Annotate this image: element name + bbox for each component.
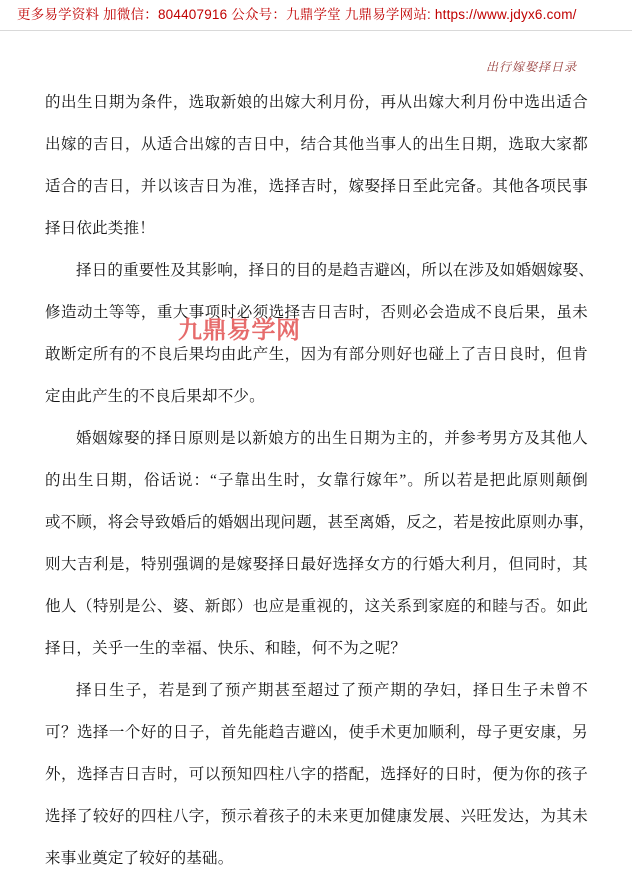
body-line: 外，选择吉日吉时，可以预知四柱八字的搭配，选择好的日时，便为你的孩子 <box>45 754 588 796</box>
document-page: 更多易学资料 加微信：804407916 公众号：九鼎学堂 九鼎易学网站: ht… <box>0 0 632 874</box>
body-line: 择日的重要性及其影响，择日的目的是趋吉避凶，所以在涉及如婚姻嫁娶、 <box>45 250 588 292</box>
body-line: 的出生日期，俗话说：“子靠出生时，女靠行嫁年”。所以若是把此原则颠倒 <box>45 460 588 502</box>
body-line: 或不顾，将会导致婚后的婚姻出现问题，甚至离婚，反之，若是按此原则办事， <box>45 502 588 544</box>
body-line: 出嫁的吉日，从适合出嫁的吉日中，结合其他当事人的出生日期，选取大家都 <box>45 124 588 166</box>
promo-header: 更多易学资料 加微信：804407916 公众号：九鼎学堂 九鼎易学网站: ht… <box>17 6 577 24</box>
body-line: 择日，关乎一生的幸福、快乐、和睦，何不为之呢？ <box>45 628 588 670</box>
body-line: 择日生子，若是到了预产期甚至超过了预产期的孕妇，择日生子未曾不 <box>45 670 588 712</box>
body-line: 敢断定所有的不良后果均由此产生，因为有部分则好也碰上了吉日良时，但肯 <box>45 334 588 376</box>
body-line: 择日依此类推！ <box>45 208 588 250</box>
running-title: 出行嫁娶择日录 <box>486 59 577 75</box>
body-line: 修造动土等等，重大事项时必须选择吉日吉时，否则必会造成不良后果，虽未 <box>45 292 588 334</box>
body-line: 他人（特别是公、婆、新郎）也应是重视的，这关系到家庭的和睦与否。如此 <box>45 586 588 628</box>
body-line: 选择了较好的四柱八字，预示着孩子的未来更加健康发展、兴旺发达，为其未 <box>45 796 588 838</box>
body-line: 可？选择一个好的日子，首先能趋吉避凶，使手术更加顺利，母子更安康，另 <box>45 712 588 754</box>
body-line: 定由此产生的不良后果却不少。 <box>45 376 588 418</box>
document-body: 的出生日期为条件，选取新娘的出嫁大利月份，再从出嫁大利月份中选出适合出嫁的吉日，… <box>45 82 588 874</box>
promo-text: 更多易学资料 加微信：804407916 公众号：九鼎学堂 九鼎易学网站: ht… <box>17 7 577 22</box>
body-line: 的出生日期为条件，选取新娘的出嫁大利月份，再从出嫁大利月份中选出适合 <box>45 82 588 124</box>
header-divider <box>0 30 632 31</box>
body-line: 则大吉利是，特别强调的是嫁娶择日最好选择女方的行婚大利月，但同时，其 <box>45 544 588 586</box>
body-line: 婚姻嫁娶的择日原则是以新娘方的出生日期为主的，并参考男方及其他人 <box>45 418 588 460</box>
body-line: 适合的吉日，并以该吉日为准，选择吉时，嫁娶择日至此完备。其他各项民事 <box>45 166 588 208</box>
body-line: 来事业奠定了较好的基础。 <box>45 838 588 874</box>
